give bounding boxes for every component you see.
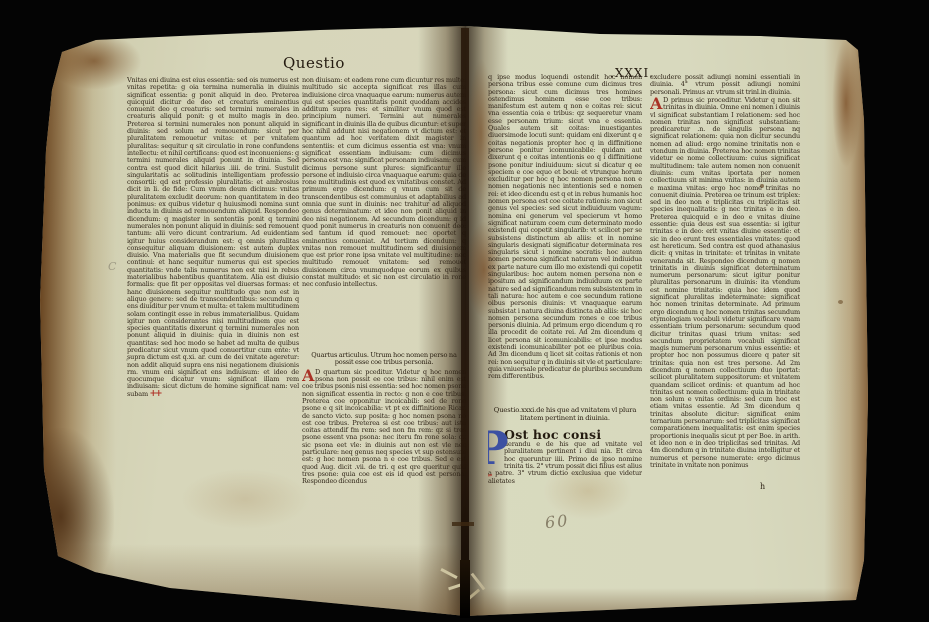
right-speck-2 [838,300,843,304]
red-lombard-initial-2: A [650,97,663,111]
right-column-2-text: D primus sic proceditur. Videtur q non s… [650,96,800,469]
quire-signature: h [760,482,765,491]
left-bottom-shade [58,544,466,618]
right-column-1: q ipse modus loquendi ostendit hoc nomen… [488,74,642,510]
left-column-2: non diuisam: et eadem rone cum dicuntur … [302,77,466,489]
right-bottom-shade [466,588,866,618]
question-heading: Questio.xxxi.de his que ad vnitatem vl p… [492,407,638,422]
pencil-margin-letter: C [108,260,116,273]
left-edge-stain [38,26,116,618]
left-column-1-text: Vnitas eni diuina est eius essentia: sed… [127,77,299,398]
right-column-2-intro: excludere possit adiungi nomini essentia… [650,74,800,97]
question-incipit: P Ost hoc consi derandu e de his que ad … [488,428,642,485]
left-faint-stain [180,468,310,530]
right-column-2-article: A D primus sic proceditur. Videtur q non… [650,97,800,469]
right-column-2: excludere possit adiungi nomini essentia… [650,74,800,488]
red-lombard-initial: A [302,369,315,383]
right-edge-stain [824,26,872,618]
left-column-1: Vnitas eni diuina est eius essentia: sed… [127,77,299,475]
left-running-header: Questio [283,54,345,72]
right-column-1-text: q ipse modus loquendi ostendit hoc nomen… [488,74,642,405]
left-bottom-blotch [38,428,114,576]
left-column-2-text: non diuisam: et eadem rone cum dicuntur … [302,77,466,350]
right-edge-streak-top [832,38,860,168]
article-heading: Quartus articulus. Utrum hoc nomen perso… [308,352,460,367]
book-photograph: Questio Vnitas eni diuina est eius essen… [0,0,929,622]
pencil-number: 60 [544,511,570,532]
rubric-cross-mark: ++ [150,389,161,399]
article-body: A D quartum sic pceditur. Videtur q hoc … [302,369,466,486]
blue-lombard-initial: P [488,429,502,467]
incipit-small-text: derandu e de his que ad vnitate vel plur… [488,440,642,484]
left-column-2-article-text: D quartum sic pceditur. Videtur q hoc no… [302,368,466,485]
pencil-check-mark: ✓ [123,353,133,365]
